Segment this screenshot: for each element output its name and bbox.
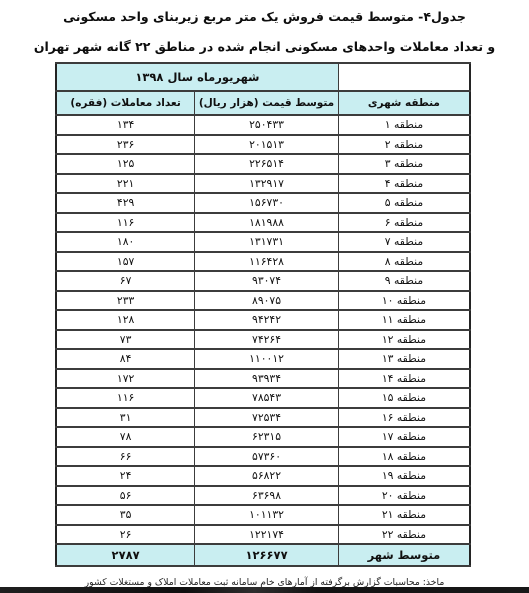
district-cell: منطقه ۳ xyxy=(338,154,470,174)
price-cell: ۱۰۱۱۳۲ xyxy=(195,505,339,525)
district-cell: منطقه ۱۴ xyxy=(338,369,470,389)
district-cell: منطقه ۵ xyxy=(338,193,470,213)
table-row: منطقه ۱۶۷۲۵۳۴۳۱ xyxy=(56,408,470,428)
table-row: منطقه ۲۱۱۰۱۱۳۲۳۵ xyxy=(56,505,470,525)
price-cell: ۵۷۳۶۰ xyxy=(195,447,339,467)
transactions-cell: ۴۲۹ xyxy=(56,193,195,213)
price-cell: ۹۴۲۴۲ xyxy=(195,310,339,330)
district-cell: منطقه ۷ xyxy=(338,232,470,252)
table-row: منطقه ۲۲۰۱۵۱۳۲۳۶ xyxy=(56,135,470,155)
transactions-cell: ۲۲۱ xyxy=(56,174,195,194)
transactions-cell: ۱۲۵ xyxy=(56,154,195,174)
table-row: منطقه ۸۱۱۶۴۲۸۱۵۷ xyxy=(56,252,470,272)
district-cell: منطقه ۱۲ xyxy=(338,330,470,350)
district-cell: منطقه ۱۷ xyxy=(338,427,470,447)
total-price-cell: ۱۲۶۶۷۷ xyxy=(195,544,339,566)
table-row: منطقه ۱۳۱۱۰۰۱۲۸۴ xyxy=(56,349,470,369)
district-cell: منطقه ۱۶ xyxy=(338,408,470,428)
district-cell: منطقه ۱۹ xyxy=(338,466,470,486)
district-cell: منطقه ۹ xyxy=(338,271,470,291)
price-cell: ۲۲۶۵۱۴ xyxy=(195,154,339,174)
district-cell: منطقه ۲۰ xyxy=(338,486,470,506)
transactions-cell: ۲۶ xyxy=(56,525,195,545)
period-header-cell: شهریورماه سال ۱۳۹۸ xyxy=(56,63,338,91)
table-row: منطقه ۱۲۷۴۲۶۴۷۳ xyxy=(56,330,470,350)
price-cell: ۱۱۶۴۲۸ xyxy=(195,252,339,272)
table-row: منطقه ۱۰۸۹۰۷۵۲۳۳ xyxy=(56,291,470,311)
table-row: منطقه ۳۲۲۶۵۱۴۱۲۵ xyxy=(56,154,470,174)
table-title-line2: و تعداد معاملات واحدهای مسکونی انجام شده… xyxy=(0,39,529,54)
transactions-cell: ۱۸۰ xyxy=(56,232,195,252)
price-cell: ۷۸۵۴۳ xyxy=(195,388,339,408)
transactions-cell: ۶۷ xyxy=(56,271,195,291)
district-cell: منطقه ۱۵ xyxy=(338,388,470,408)
column-header-row: منطقه شهری متوسط قیمت (هزار ریال) تعداد … xyxy=(56,91,470,115)
table-row: منطقه ۱۹۵۶۸۲۲۲۴ xyxy=(56,466,470,486)
district-cell: منطقه ۱۰ xyxy=(338,291,470,311)
table-row: منطقه ۴۱۳۲۹۱۷۲۲۱ xyxy=(56,174,470,194)
price-cell: ۷۴۲۶۴ xyxy=(195,330,339,350)
table-row: منطقه ۱۱۹۴۲۴۲۱۲۸ xyxy=(56,310,470,330)
table-body: منطقه ۱۲۵۰۴۳۳۱۳۴منطقه ۲۲۰۱۵۱۳۲۳۶منطقه ۳۲… xyxy=(56,115,470,544)
district-cell: منطقه ۲۲ xyxy=(338,525,470,545)
transactions-cell: ۱۲۸ xyxy=(56,310,195,330)
table-row: منطقه ۱۴۹۳۹۳۴۱۷۲ xyxy=(56,369,470,389)
districts-price-table: شهریورماه سال ۱۳۹۸ منطقه شهری متوسط قیمت… xyxy=(55,62,471,567)
price-cell: ۲۵۰۴۳۳ xyxy=(195,115,339,135)
table-row: منطقه ۶۱۸۱۹۸۸۱۱۶ xyxy=(56,213,470,233)
transactions-cell: ۲۳۶ xyxy=(56,135,195,155)
price-cell: ۱۱۰۰۱۲ xyxy=(195,349,339,369)
period-header-row: شهریورماه سال ۱۳۹۸ xyxy=(56,63,470,91)
bottom-edge-bar xyxy=(0,587,529,593)
transactions-cell: ۷۳ xyxy=(56,330,195,350)
price-cell: ۹۳۹۳۴ xyxy=(195,369,339,389)
district-cell: منطقه ۲ xyxy=(338,135,470,155)
total-label-cell: متوسط شهر xyxy=(338,544,470,566)
price-cell: ۵۶۸۲۲ xyxy=(195,466,339,486)
transactions-cell: ۲۴ xyxy=(56,466,195,486)
district-cell: منطقه ۱۸ xyxy=(338,447,470,467)
document-page: جدول۴- متوسط قیمت فروش یک متر مربع زیربن… xyxy=(0,0,529,593)
table-row: منطقه ۱۸۵۷۳۶۰۶۶ xyxy=(56,447,470,467)
table-row: منطقه ۱۲۵۰۴۳۳۱۳۴ xyxy=(56,115,470,135)
price-cell: ۲۰۱۵۱۳ xyxy=(195,135,339,155)
transactions-cell: ۳۱ xyxy=(56,408,195,428)
transactions-cell: ۵۶ xyxy=(56,486,195,506)
district-cell: منطقه ۱۱ xyxy=(338,310,470,330)
district-cell: منطقه ۱ xyxy=(338,115,470,135)
price-cell: ۱۵۶۷۳۰ xyxy=(195,193,339,213)
table-row: منطقه ۲۲۱۲۲۱۷۴۲۶ xyxy=(56,525,470,545)
price-cell: ۸۹۰۷۵ xyxy=(195,291,339,311)
transactions-cell: ۱۳۴ xyxy=(56,115,195,135)
total-row: متوسط شهر ۱۲۶۶۷۷ ۲۷۸۷ xyxy=(56,544,470,566)
district-cell: منطقه ۶ xyxy=(338,213,470,233)
district-cell: منطقه ۱۳ xyxy=(338,349,470,369)
table-row: منطقه ۹۹۳۰۷۴۶۷ xyxy=(56,271,470,291)
table-title-line1: جدول۴- متوسط قیمت فروش یک متر مربع زیربن… xyxy=(0,9,529,24)
table-row: منطقه ۵۱۵۶۷۳۰۴۲۹ xyxy=(56,193,470,213)
table-row: منطقه ۲۰۶۳۶۹۸۵۶ xyxy=(56,486,470,506)
column-header-district: منطقه شهری xyxy=(338,91,470,115)
price-cell: ۶۳۶۹۸ xyxy=(195,486,339,506)
price-cell: ۱۳۱۷۳۱ xyxy=(195,232,339,252)
district-cell: منطقه ۸ xyxy=(338,252,470,272)
column-header-transactions: تعداد معاملات (فقره) xyxy=(56,91,195,115)
transactions-cell: ۶۶ xyxy=(56,447,195,467)
transactions-cell: ۳۵ xyxy=(56,505,195,525)
total-transactions-cell: ۲۷۸۷ xyxy=(56,544,195,566)
period-empty-cell xyxy=(338,63,470,91)
table-row: منطقه ۱۵۷۸۵۴۳۱۱۶ xyxy=(56,388,470,408)
table-row: منطقه ۷۱۳۱۷۳۱۱۸۰ xyxy=(56,232,470,252)
transactions-cell: ۱۵۷ xyxy=(56,252,195,272)
transactions-cell: ۸۴ xyxy=(56,349,195,369)
district-cell: منطقه ۲۱ xyxy=(338,505,470,525)
transactions-cell: ۱۱۶ xyxy=(56,388,195,408)
transactions-cell: ۲۳۳ xyxy=(56,291,195,311)
price-cell: ۱۲۲۱۷۴ xyxy=(195,525,339,545)
price-cell: ۱۳۲۹۱۷ xyxy=(195,174,339,194)
district-cell: منطقه ۴ xyxy=(338,174,470,194)
transactions-cell: ۷۸ xyxy=(56,427,195,447)
table-row: منطقه ۱۷۶۲۳۱۵۷۸ xyxy=(56,427,470,447)
price-cell: ۷۲۵۳۴ xyxy=(195,408,339,428)
price-cell: ۱۸۱۹۸۸ xyxy=(195,213,339,233)
column-header-price: متوسط قیمت (هزار ریال) xyxy=(195,91,339,115)
price-cell: ۹۳۰۷۴ xyxy=(195,271,339,291)
transactions-cell: ۱۷۲ xyxy=(56,369,195,389)
price-cell: ۶۲۳۱۵ xyxy=(195,427,339,447)
transactions-cell: ۱۱۶ xyxy=(56,213,195,233)
